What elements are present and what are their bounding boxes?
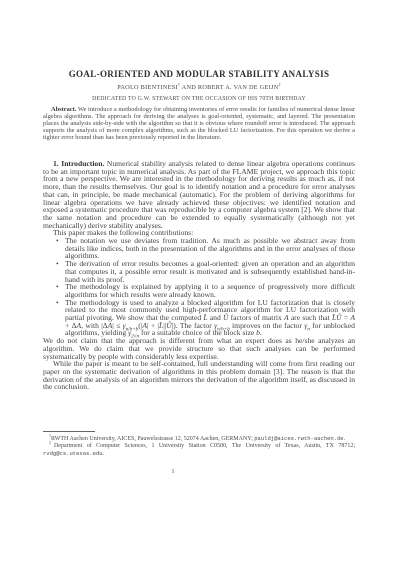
- abstract-label: Abstract.: [51, 106, 76, 113]
- footnote-affiliation-1: †RWTH Aachen University, AICES, Pauwelss…: [43, 435, 355, 443]
- text-run: for a suitable choice of the block size: [139, 328, 256, 337]
- list-item: •The notation we use deviates from tradi…: [56, 237, 355, 260]
- text-run: ‡: [278, 82, 280, 87]
- page-number: 1: [0, 468, 346, 475]
- contributions-list: •The notation we use deviates from tradi…: [43, 237, 355, 337]
- bullet-marker: •: [56, 260, 59, 268]
- text-run: .: [103, 451, 105, 457]
- text-run: The methodology is explained by applying…: [65, 282, 355, 299]
- footnote-affiliation-2: ‡Department of Computer Sciences, 1 Univ…: [43, 443, 355, 458]
- text-run: The notation we use deviates from tradit…: [65, 236, 355, 260]
- list-item-text: The notation we use deviates from tradit…: [65, 236, 355, 260]
- list-item: •The derivation of error results becomes…: [56, 260, 355, 283]
- bullet-marker: •: [56, 237, 59, 245]
- text-run: pauldj@aices.rwth-aachen.de: [254, 435, 343, 442]
- text-run: RWTH Aachen University, AICES, Pauwelsst…: [51, 436, 254, 442]
- claim-paragraph: We do not claim that the approach is dif…: [43, 337, 355, 360]
- text-run: 2√n: [131, 334, 139, 340]
- footnote-rule: [43, 431, 95, 432]
- paper-header: GOAL-ORIENTED AND MODULAR STABILITY ANAL…: [43, 69, 355, 102]
- text-run: AND ROBERT A. VAN DE GEIJN: [180, 84, 278, 91]
- list-item-text: The derivation of error results becomes …: [65, 259, 355, 283]
- list-item-text: The methodology is explained by applying…: [65, 282, 355, 299]
- text-run: .: [344, 436, 346, 442]
- text-run: PAOLO BIENTINESI: [117, 84, 178, 91]
- bullet-marker: •: [56, 283, 59, 291]
- paper-page: GOAL-ORIENTED AND MODULAR STABILITY ANAL…: [0, 0, 400, 566]
- self-contained-paragraph: While the paper is meant to be self-cont…: [43, 360, 355, 391]
- introduction-paragraph: 1. Introduction. Numerical stability ana…: [43, 160, 355, 229]
- abstract-block: Abstract. We introduce a methodology for…: [43, 106, 355, 141]
- text-run: .: [260, 328, 262, 337]
- paper-title: GOAL-ORIENTED AND MODULAR STABILITY ANAL…: [43, 69, 355, 79]
- footnote-block: †RWTH Aachen University, AICES, Pauwelss…: [43, 431, 355, 459]
- paper-authors: PAOLO BIENTINESI† AND ROBERT A. VAN DE G…: [43, 84, 355, 91]
- text-run: Department of Computer Sciences, 1 Unive…: [54, 443, 355, 449]
- introduction-text: Numerical stability analysis related to …: [43, 159, 355, 230]
- text-run: rvdg@cs.utexas.edu: [43, 450, 103, 457]
- main-text: 1. Introduction. Numerical stability ana…: [43, 160, 355, 391]
- list-item-text: The methodology is used to analyze a blo…: [65, 298, 355, 338]
- paper-dedication: DEDICATED TO G.W. STEWART ON THE OCCASIO…: [43, 96, 355, 102]
- text-run: The derivation of error results becomes …: [65, 259, 355, 283]
- list-item: •The methodology is explained by applyin…: [56, 283, 355, 298]
- abstract-paragraph: Abstract. We introduce a methodology for…: [43, 106, 355, 141]
- bullet-marker: •: [56, 299, 59, 307]
- abstract-text: We introduce a methodology for obtaining…: [43, 106, 355, 141]
- list-item: •The methodology is used to analyze a bl…: [56, 299, 355, 338]
